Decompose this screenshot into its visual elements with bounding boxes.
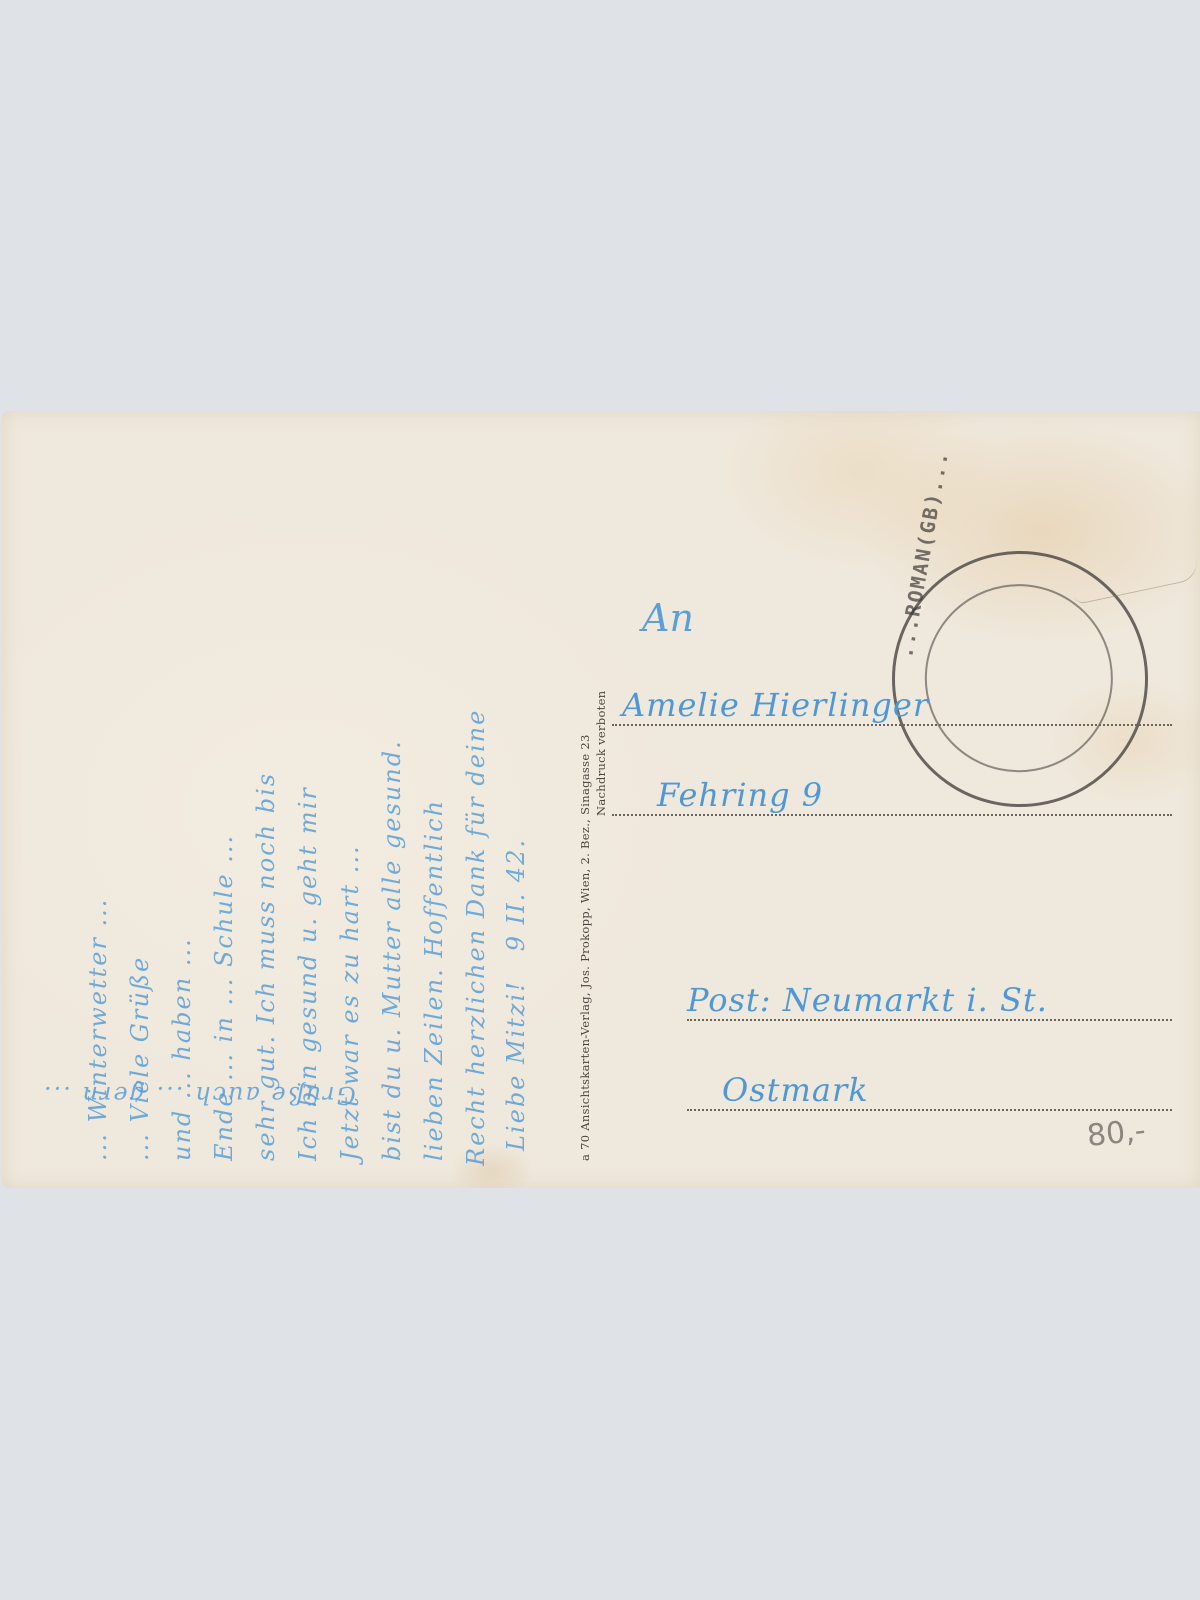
pencil-price-annotation: 80,- [1085,1113,1147,1154]
handwritten-message: Liebe Mitzi! 9 II. 42. Recht herzlichen … [22,431,582,1171]
street: Fehring 9 [657,776,823,814]
recipient-name: Amelie Hierlinger [622,686,929,724]
address-line-street: Fehring 9 [612,736,1172,826]
address-line-post-office: Post: Neumarkt i. St. [612,941,1172,1031]
message-date: 9 II. 42. [502,838,530,951]
message-line: Jetzt war es zu hart ... [336,844,364,1161]
dotted-line [612,814,1172,816]
dotted-line [612,724,1172,726]
dotted-line [687,1109,1172,1111]
message-margin-note: Grüße auch ... gern ... [42,1081,356,1109]
address-line-region: Ostmark [612,1031,1172,1121]
postcard: Liebe Mitzi! 9 II. 42. Recht herzlichen … [2,411,1200,1188]
dotted-line [687,1019,1172,1021]
message-line: bist du u. Mutter alle gesund. [378,739,406,1161]
message-line: ... Winterwetter ... [84,898,112,1161]
reprint-notice: Nachdruck verboten [594,691,608,816]
message-date-line: Liebe Mitzi! 9 II. 42. [502,838,530,1151]
address-block: Amelie Hierlinger Fehring 9 Post: Neumar… [612,591,1172,1121]
address-line-recipient: Amelie Hierlinger [612,646,1172,736]
region: Ostmark [722,1071,869,1109]
message-line: Ende ... in ... Schule ... [210,834,238,1161]
message-line: Recht herzlichen Dank für deine [462,709,490,1166]
message-line: lieben Zeilen. Hoffentlich [420,799,448,1161]
message-line: und ... haben ... [168,937,196,1161]
post-office: Post: Neumarkt i. St. [687,981,1048,1019]
message-line: ... Viele Grüße [126,956,154,1161]
message-greeting: Liebe Mitzi! [502,980,530,1151]
publisher-line: a 70 Ansichtskarten-Verlag, Jos. Prokopp… [578,734,592,1161]
